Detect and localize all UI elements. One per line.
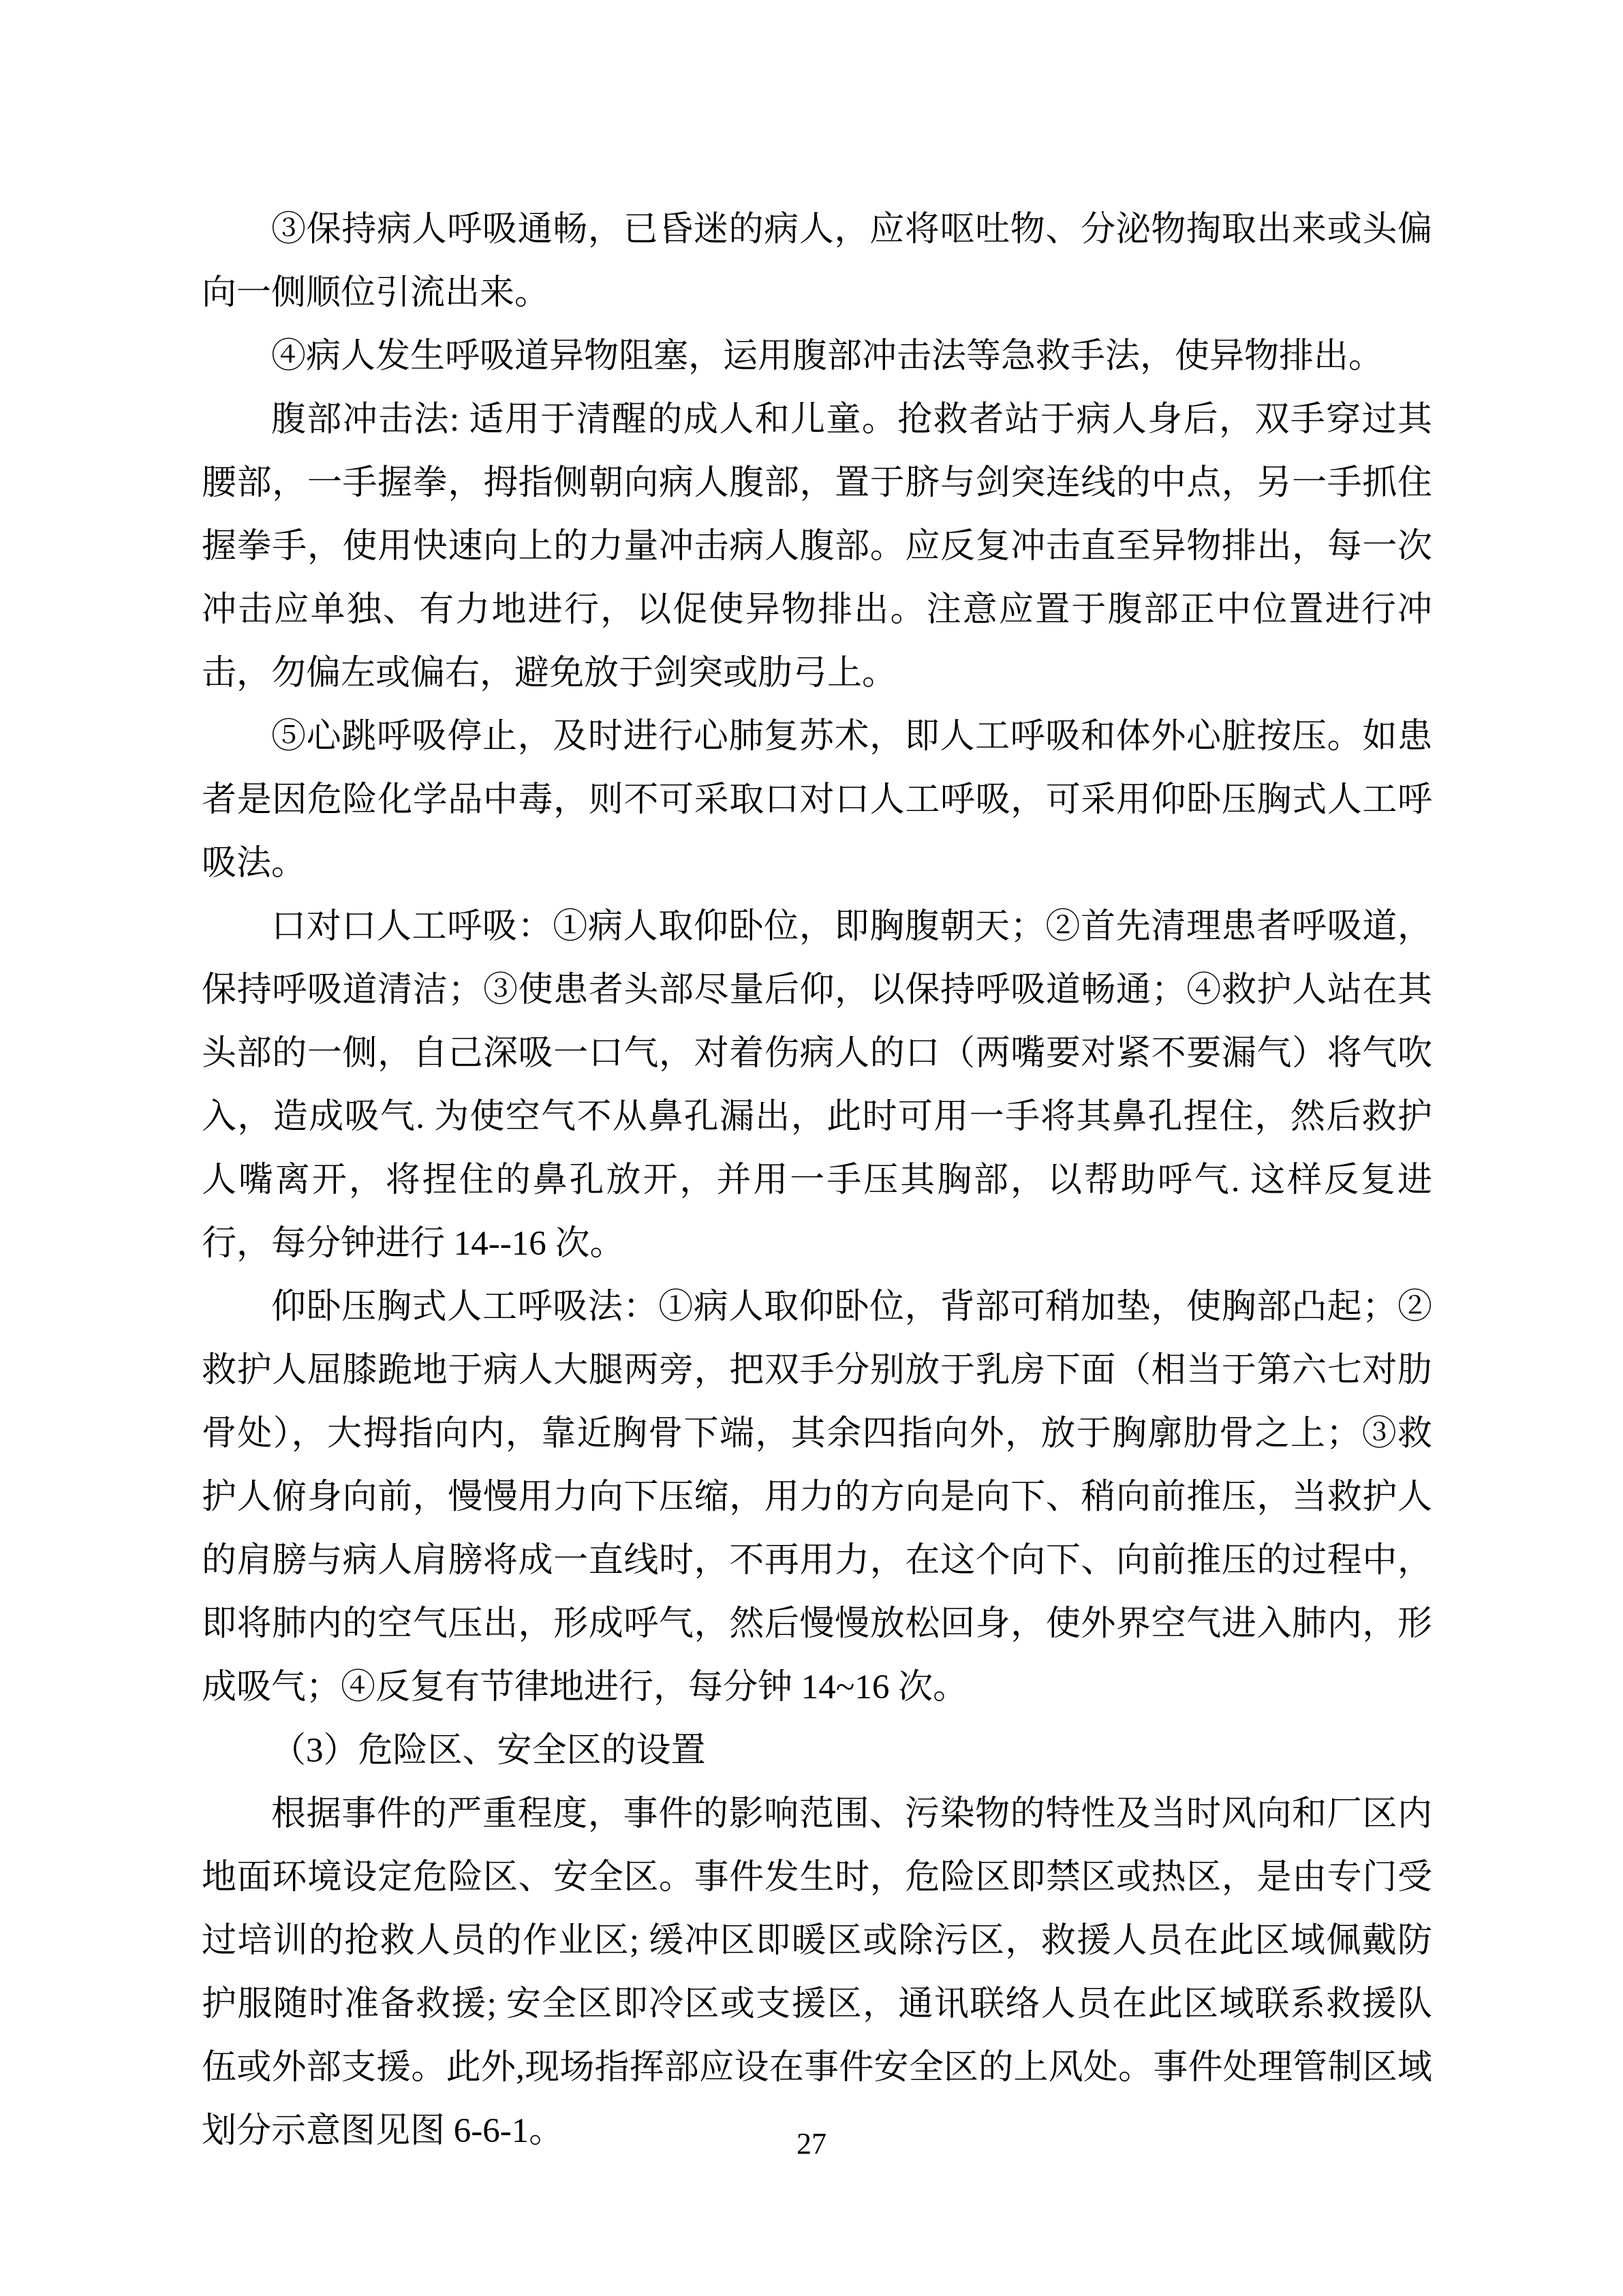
paragraph-cpr-cardiac-arrest: ⑤心跳呼吸停止，及时进行心肺复苏术，即人工呼吸和体外心脏按压。如患者是因危险化学… xyxy=(202,705,1432,896)
paragraph-airway-obstruction: ④病人发生呼吸道异物阻塞，运用腹部冲击法等急救手法，使异物排出。 xyxy=(202,325,1432,388)
page-number: 27 xyxy=(797,2127,826,2160)
paragraph-keep-airway-clear: ③保持病人呼吸通畅，已昏迷的病人，应将呕吐物、分泌物掏取出来或头偏向一侧顺位引流… xyxy=(202,198,1432,325)
page-footer: 27 xyxy=(0,2124,1623,2164)
document-body: ③保持病人呼吸通畅，已昏迷的病人，应将呕吐物、分泌物掏取出来或头偏向一侧顺位引流… xyxy=(202,198,1432,2163)
paragraph-supine-chest-compression-method: 仰卧压胸式人工呼吸法：①病人取仰卧位，背部可稍加垫，使胸部凸起；②救护人屈膝跪地… xyxy=(202,1276,1432,1719)
heading-danger-safe-zone-setup: （3）危险区、安全区的设置 xyxy=(202,1719,1432,1783)
paragraph-abdominal-thrust-method: 腹部冲击法: 适用于清醒的成人和儿童。抢救者站于病人身后，双手穿过其腰部，一手握… xyxy=(202,388,1432,705)
paragraph-mouth-to-mouth-method: 口对口人工呼吸：①病人取仰卧位，即胸腹朝天；②首先清理患者呼吸道，保持呼吸道清洁… xyxy=(202,896,1432,1276)
document-page: ③保持病人呼吸通畅，已昏迷的病人，应将呕吐物、分泌物掏取出来或头偏向一侧顺位引流… xyxy=(0,0,1623,2296)
paragraph-zone-division-description: 根据事件的严重程度，事件的影响范围、污染物的特性及当时风向和厂区内地面环境设定危… xyxy=(202,1783,1432,2163)
